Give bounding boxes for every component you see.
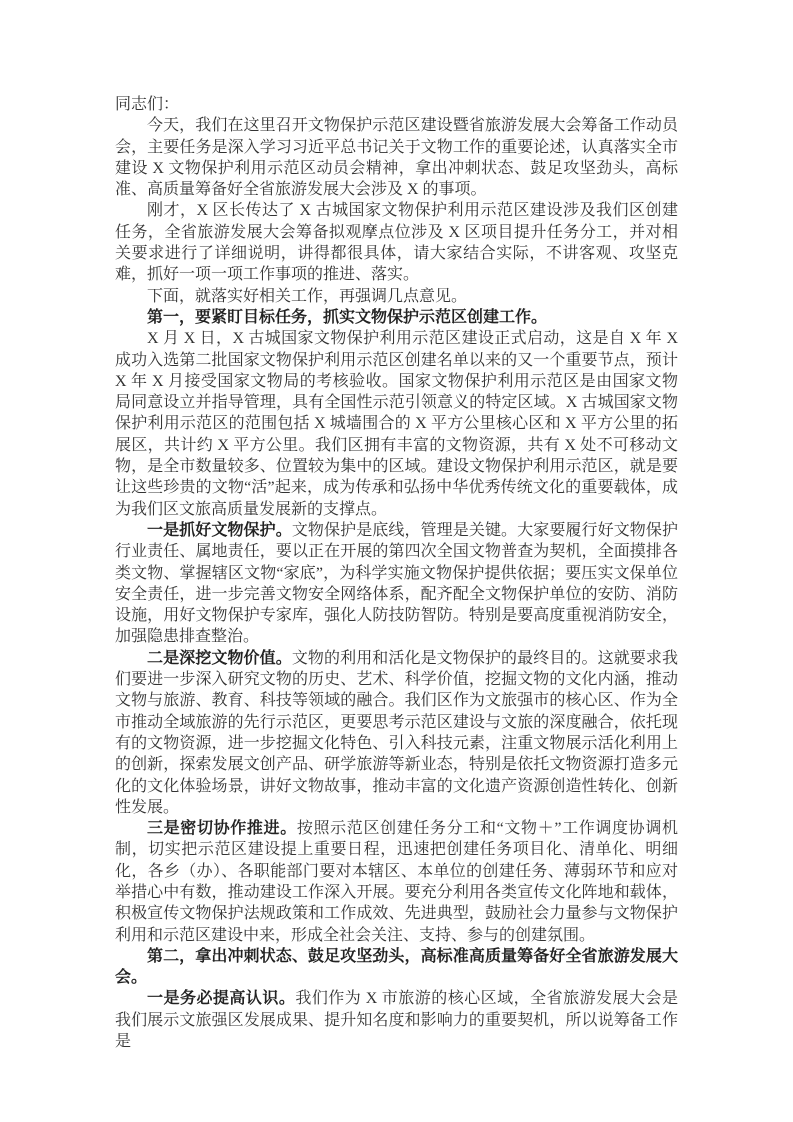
paragraph: X 月 X 日，X 古城国家文物保护利用示范区建设正式启动，这是自 X 年 X … [115, 328, 678, 520]
paragraph: 刚才，X 区长传达了 X 古城国家文物保护利用示范区建设涉及我们区创建任务，全省… [115, 200, 678, 285]
paragraph: 一是务必提高认识。我们作为 X 市旅游的核心区域，全省旅游发展大会是我们展示文旅… [115, 988, 678, 1052]
paragraph: 下面，就落实好相关工作，再强调几点意见。 [115, 286, 678, 307]
paragraph: 二是深挖文物价值。文物的利用和活化是文物保护的最终目的。这就要求我们要进一步深入… [115, 648, 678, 818]
paragraph-lead-bold: 一是抓好文物保护。 [147, 522, 292, 539]
document-body: 同志们：今天，我们在这里召开文物保护示范区建设暨省旅游发展大会筹备工作动员会，主… [115, 94, 678, 1052]
paragraph: 三是密切协作推进。按照示范区创建任务分工和“文物＋”工作调度协调机制，切实把示范… [115, 818, 678, 946]
section-heading: 第二，拿出冲刺状态、鼓足攻坚劲头，高标准高质量筹备好全省旅游发展大会。 [115, 946, 678, 989]
document-page: 同志们：今天，我们在这里召开文物保护示范区建设暨省旅游发展大会筹备工作动员会，主… [0, 0, 793, 1122]
paragraph-lead-bold: 一是务必提高认识。 [147, 990, 295, 1007]
paragraph-lead-bold: 三是密切协作推进。 [147, 820, 297, 837]
paragraph-lead-bold: 二是深挖文物价值。 [147, 650, 292, 667]
paragraph: 一是抓好文物保护。文物保护是底线，管理是关键。大家要履行好文物保护行业责任、属地… [115, 520, 678, 648]
paragraph: 今天，我们在这里召开文物保护示范区建设暨省旅游发展大会筹备工作动员会，主要任务是… [115, 115, 678, 200]
section-heading: 第一，要紧盯目标任务，抓实文物保护示范区创建工作。 [115, 307, 678, 328]
paragraph: 同志们： [115, 94, 678, 115]
